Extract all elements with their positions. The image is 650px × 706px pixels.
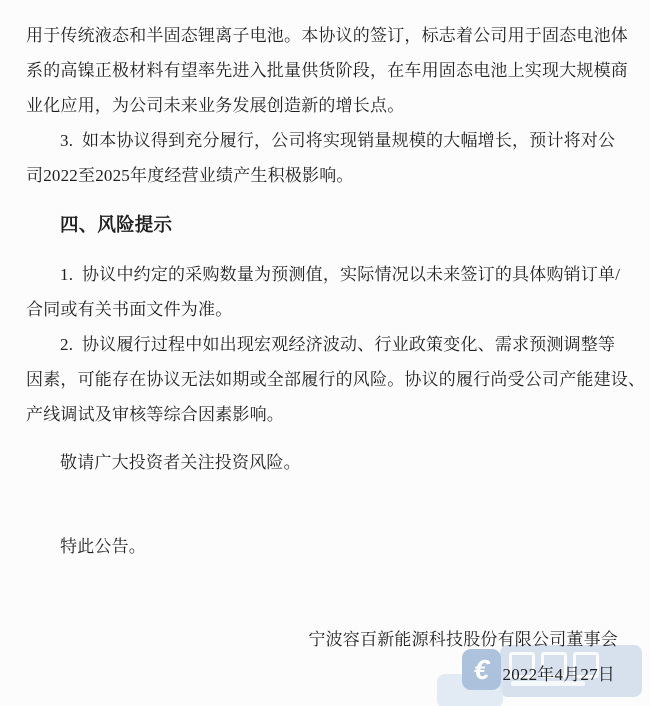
investor-risk-notice: 敬请广大投资者关注投资风险。 [26,445,650,480]
risk-section-heading: 四、风险提示 [26,209,650,244]
text-line: 因素，可能存在协议无法如期或全部履行的风险。协议的履行尚受公司产能建设、 [26,362,650,397]
risk-item-2: 2. 协议履行过程中如出现宏观经济波动、行业政策变化、需求预测调整等 因素，可能… [26,327,650,432]
document-body: 用于传统液态和半固态锂离子电池。本协议的签订，标志着公司用于固态电池体 系的高镍… [0,0,650,692]
text-line: 敬请广大投资者关注投资风险。 [26,445,650,480]
numbered-item-3: 3. 如本协议得到充分履行，公司将实现销量规模的大幅增长，预计将对公 司2022… [26,123,650,193]
text-line: 用于传统液态和半固态锂离子电池。本协议的签订，标志着公司用于固态电池体 [26,18,650,53]
text-line: 业化应用，为公司未来业务发展创造新的增长点。 [26,88,650,123]
board-signature: 宁波容百新能源科技股份有限公司董事会 [26,622,618,657]
text-line: 合同或有关书面文件为准。 [26,292,650,327]
text-line: 2. 协议履行过程中如出现宏观经济波动、行业政策变化、需求预测调整等 [26,327,650,362]
text-line: 特此公告。 [26,529,650,564]
text-line: 1. 协议中约定的采购数量为预测值，实际情况以未来签订的具体购销订单/ [26,257,650,292]
text-line: 司2022至2025年度经营业绩产生积极影响。 [26,158,650,193]
signature-block: 宁波容百新能源科技股份有限公司董事会 2022年4月27日 [26,622,650,692]
announcement-date: 2022年4月27日 [26,657,618,692]
body-paragraph-continuation: 用于传统液态和半固态锂离子电池。本协议的签订，标志着公司用于固态电池体 系的高镍… [26,18,650,123]
text-line: 产线调试及审核等综合因素影响。 [26,397,650,432]
risk-item-1: 1. 协议中约定的采购数量为预测值，实际情况以未来签订的具体购销订单/ 合同或有… [26,257,650,327]
section-heading-text: 四、风险提示 [26,209,650,244]
announcement-page: { "page": { "background_color": "#fcfcfc… [0,0,650,706]
text-line: 系的高镍正极材料有望率先进入批量供货阶段，在车用固态电池上实现大规模商 [26,53,650,88]
text-line: 3. 如本协议得到充分履行，公司将实现销量规模的大幅增长，预计将对公 [26,123,650,158]
closing-statement: 特此公告。 [26,529,650,564]
